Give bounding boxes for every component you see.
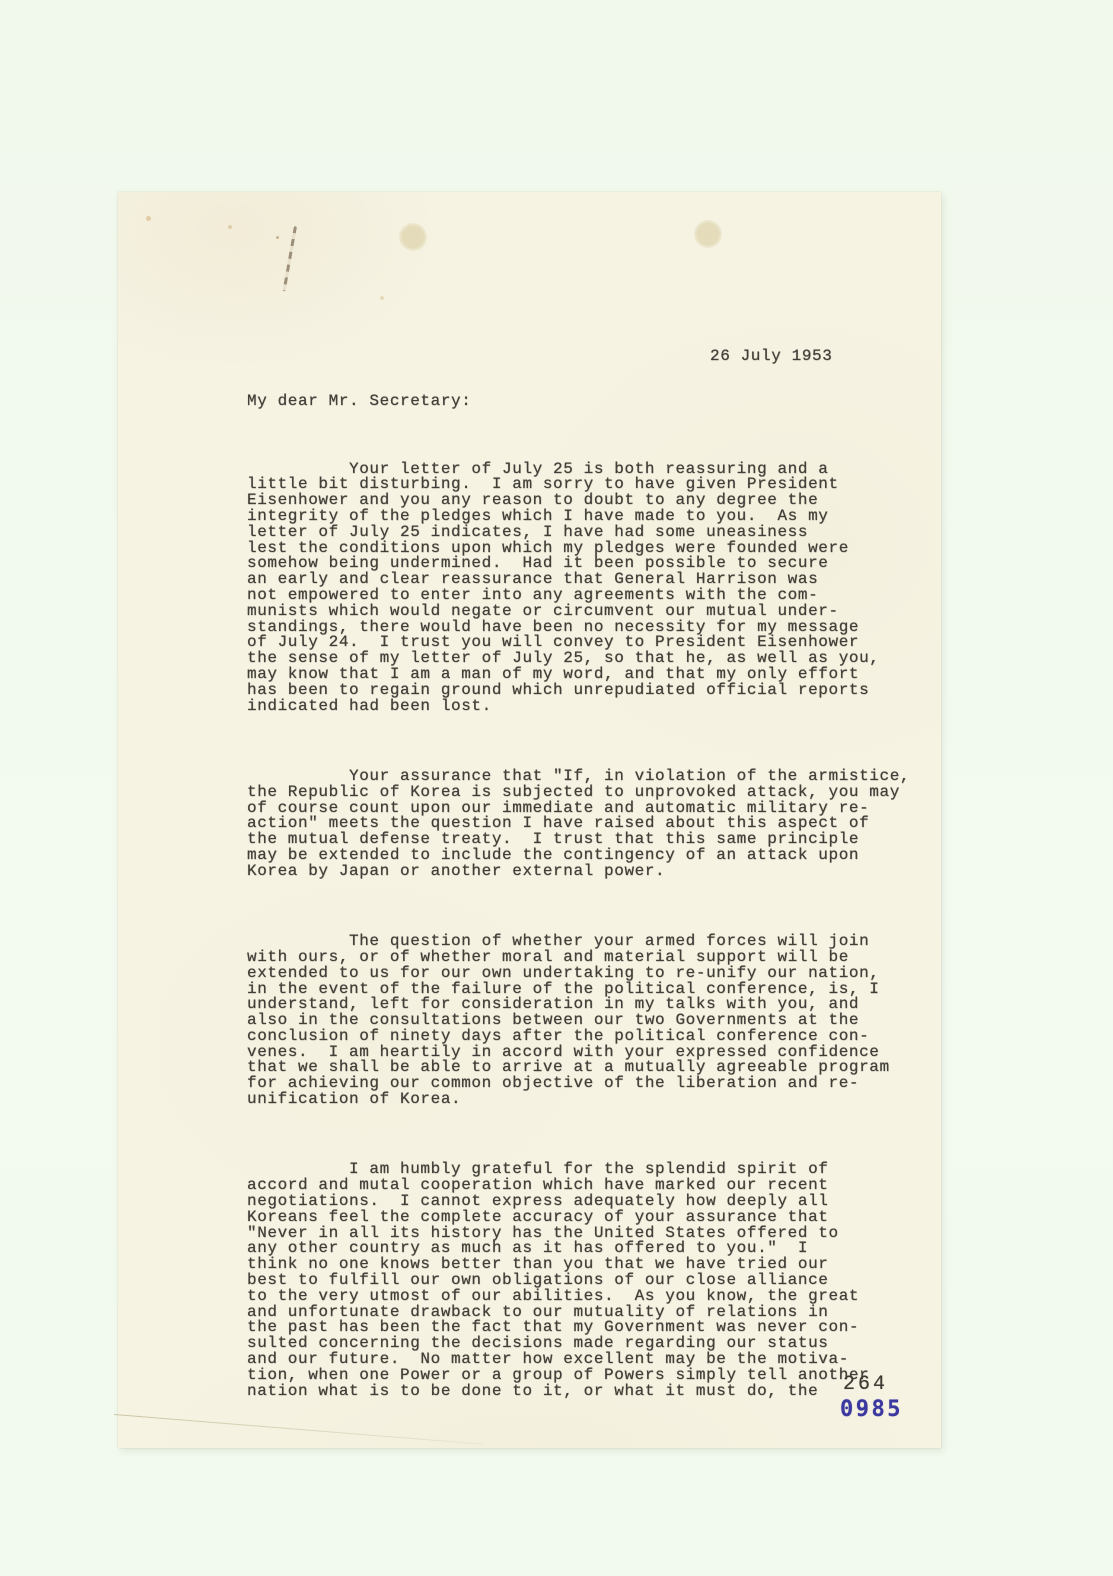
paper-stain [146, 216, 151, 221]
letter-paragraph-3: The question of whether your armed force… [247, 934, 910, 1108]
scan-background: { "colors": { "scan_background": "#f1f8e… [0, 0, 1113, 1576]
letter-date: 26 July 1953 [710, 349, 832, 365]
punch-hole-icon [694, 220, 722, 248]
letter-paragraph-1: Your letter of July 25 is both reassurin… [247, 462, 910, 715]
paper-stain [228, 225, 232, 229]
punch-hole-icon [399, 223, 427, 251]
paper-stain [380, 296, 384, 300]
letter-page: 26 July 1953 My dear Mr. Secretary: Your… [118, 192, 941, 1448]
letter-paragraph-4: I am humbly grateful for the splendid sp… [247, 1162, 910, 1399]
archive-stamp-number: 0985 [840, 1397, 903, 1422]
letter-salutation: My dear Mr. Secretary: [247, 394, 471, 410]
ink-scratch-mark [283, 226, 297, 292]
page-number: 264 [843, 1373, 888, 1396]
letter-paragraph-2: Your assurance that "If, in violation of… [247, 769, 910, 880]
paper-stain [276, 236, 279, 239]
letter-body: Your letter of July 25 is both reassurin… [247, 430, 910, 1454]
